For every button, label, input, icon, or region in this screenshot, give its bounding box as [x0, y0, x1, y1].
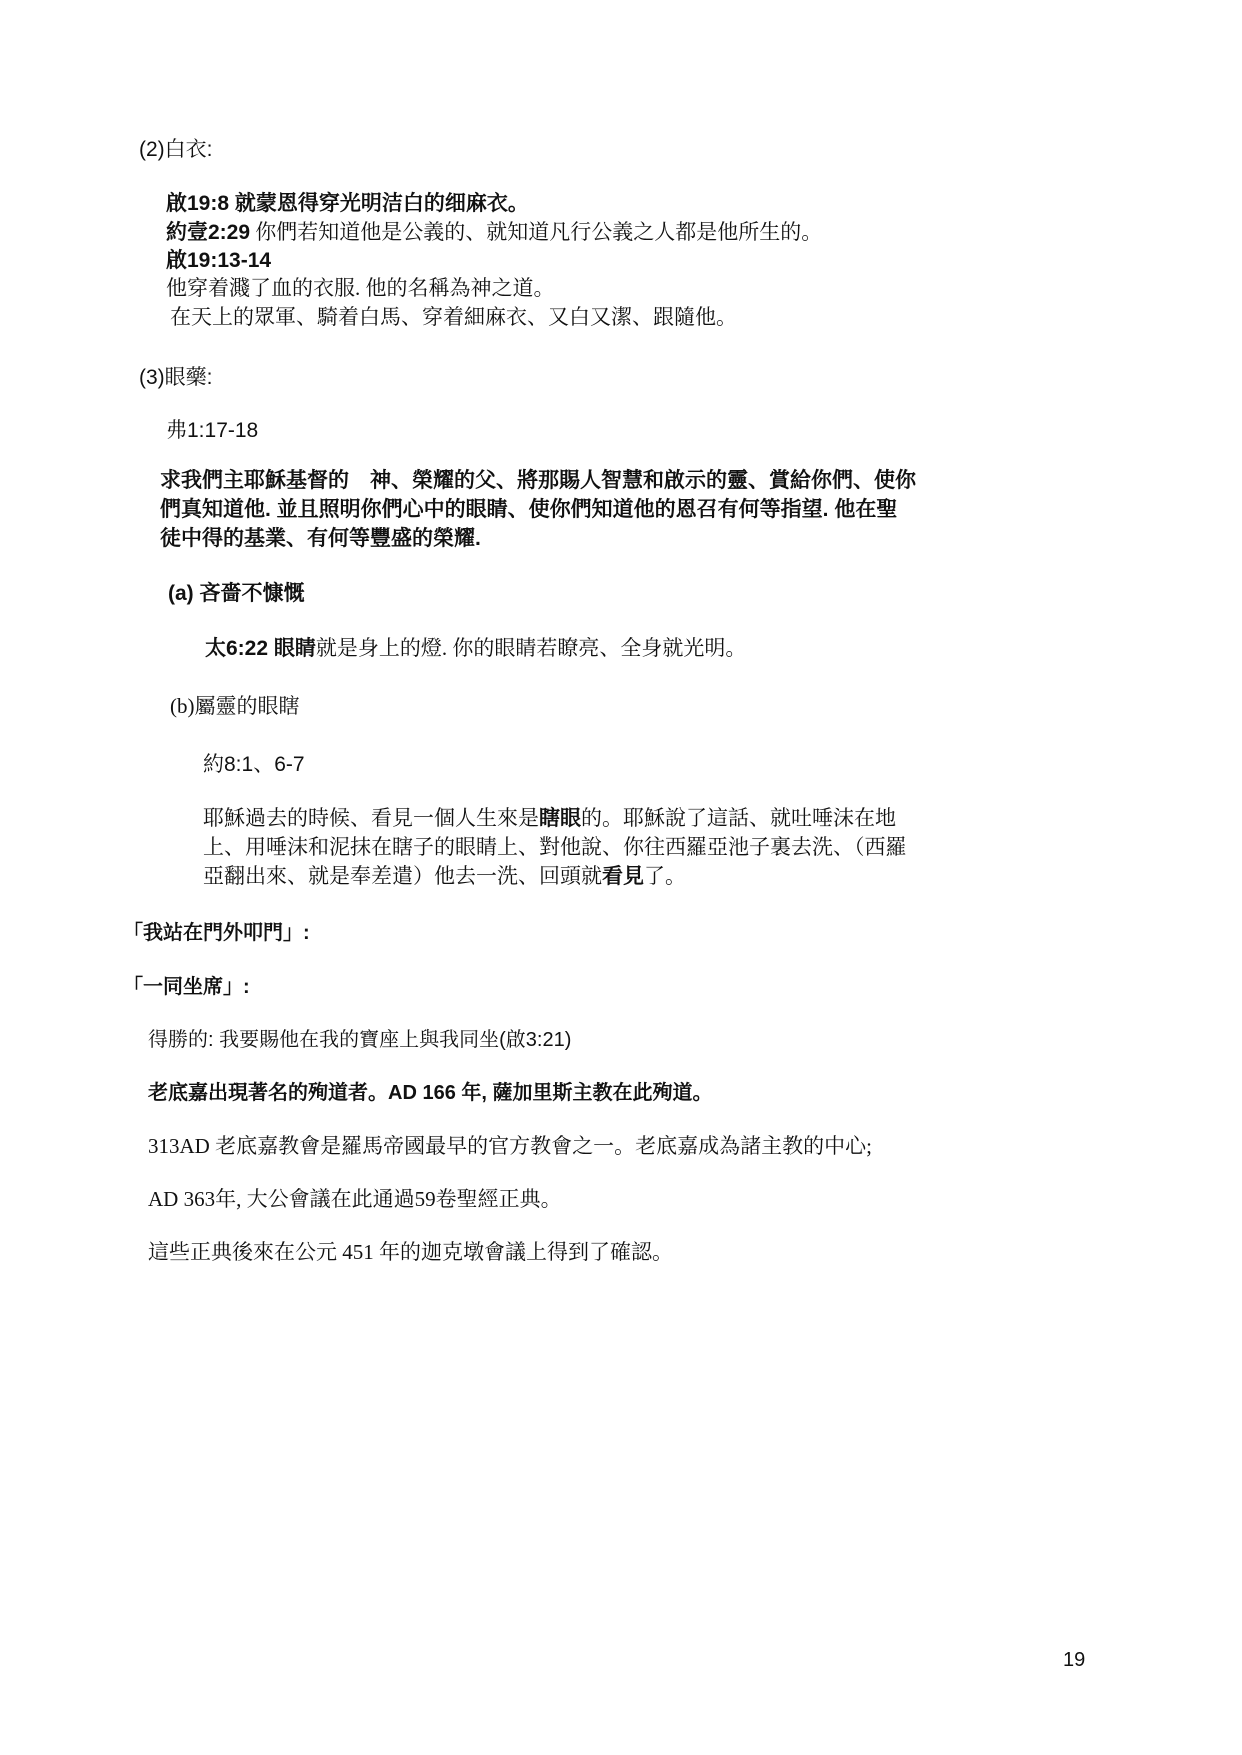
verse-ref-rev-19-13: 啟19:13-14: [166, 248, 271, 273]
verse-rev-19-8: 啟19:8 就蒙恩得穿光明洁白的细麻衣。: [166, 191, 529, 216]
section-heading-dine: 「一同坐席」:: [123, 975, 250, 999]
document-page: (2)白衣: 啟19:8 就蒙恩得穿光明洁白的细麻衣。 約壹2:29 你們若知道…: [0, 0, 1242, 1755]
verse-text: 你們若知道他是公義的、就知道凡行公義之人都是他所生的。: [250, 220, 822, 244]
text: 耶穌過去的時候、看見一個人生來是: [203, 806, 539, 830]
bold-word: 眼睛: [274, 637, 316, 660]
section-heading-eye-salve: (3)眼藥:: [139, 365, 213, 390]
bold-word: 看見: [602, 864, 644, 888]
verse-text: 就是身上的燈. 你的眼睛若瞭亮、全身就光明。: [316, 636, 747, 660]
verse-ref-eph-1-17: 弗1:17-18: [166, 418, 258, 443]
passage-line: 求我們主耶穌基督的 神、榮耀的父、將那賜人智慧和啟示的靈、賞給你們、使你: [160, 468, 916, 493]
passage-line: 徒中得的基業、有何等豐盛的榮耀.: [160, 526, 481, 551]
subheading-a: (a) 吝嗇不慷慨: [168, 581, 305, 606]
text: 的。耶穌說了這話、就吐唾沫在地: [581, 806, 896, 830]
subheading-b: (b)屬靈的眼瞎: [170, 694, 300, 719]
section-heading-knock: 「我站在門外叩門」:: [123, 921, 310, 945]
page-number: 19: [1063, 1648, 1085, 1672]
bold-word: 瞎眼: [539, 806, 581, 830]
section-heading-white-robe: (2)白衣:: [139, 137, 213, 162]
laodicea-line: AD 363年, 大公會議在此通過59卷聖經正典。: [148, 1187, 562, 1212]
verse-ref: 約壹2:29: [166, 221, 250, 244]
verse-john-9-line1: 耶穌過去的時候、看見一個人生來是瞎眼的。耶穌說了這話、就吐唾沫在地: [203, 806, 896, 831]
text: 亞翻出來、就是奉差遣）他去一洗、回頭就: [203, 864, 602, 888]
passage-line: 們真知道他. 並且照明你們心中的眼睛、使你們知道他的恩召有何等指望. 他在聖: [160, 497, 897, 522]
verse-ref: 啟19:8: [166, 192, 229, 215]
verse-ref-john-8: 約8:1、6-7: [203, 752, 305, 777]
verse-ref: 太6:22: [205, 637, 274, 660]
text: 了。: [644, 864, 686, 888]
laodicea-line: 這些正典後來在公元 451 年的迦克墩會議上得到了確認。: [148, 1240, 673, 1265]
verse-1john-2-29: 約壹2:29 你們若知道他是公義的、就知道凡行公義之人都是他所生的。: [166, 220, 822, 245]
laodicea-line: 老底嘉出現著名的殉道者。AD 166 年, 薩加里斯主教在此殉道。: [148, 1081, 712, 1105]
overcomer-text: 得勝的: 我要賜他在我的寶座上與我同坐(啟3:21): [148, 1028, 571, 1052]
verse-john-9-line2: 上、用唾沫和泥抹在瞎子的眼睛上、對他說、你往西羅亞池子裏去洗、（西羅: [203, 835, 907, 860]
verse-text: 就蒙恩得穿光明洁白的细麻衣。: [229, 192, 529, 215]
verse-text-line: 他穿着濺了血的衣服. 他的名稱為神之道。: [166, 276, 555, 301]
verse-john-9-line3: 亞翻出來、就是奉差遣）他去一洗、回頭就看見了。: [203, 864, 686, 889]
verse-matt-6-22: 太6:22 眼睛就是身上的燈. 你的眼睛若瞭亮、全身就光明。: [205, 636, 746, 661]
verse-text-line: 在天上的眾軍、騎着白馬、穿着細麻衣、又白又潔、跟隨他。: [170, 305, 737, 330]
laodicea-line: 313AD 老底嘉教會是羅馬帝國最早的官方教會之一。老底嘉成為諸主教的中心;: [148, 1134, 872, 1159]
